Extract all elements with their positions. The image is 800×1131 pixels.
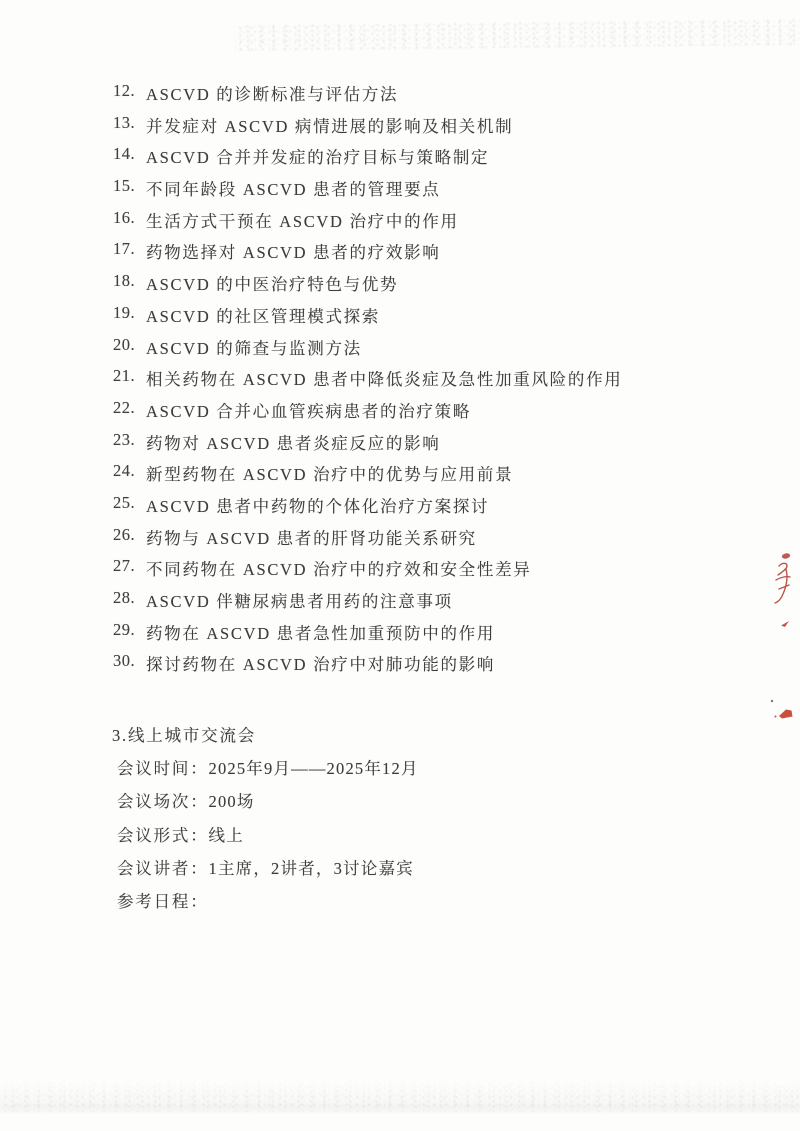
topic-number: 28. [113,588,146,608]
topic-text: ASCVD 的筛查与监测方法 [146,335,362,359]
topic-text: ASCVD 合并心血管疾病患者的治疗策略 [146,398,471,422]
meeting-detail-value: 线上 [209,826,244,845]
topic-text: 药物对 ASCVD 患者炎症反应的影响 [146,430,440,454]
meeting-detail-row: 参考日程： [112,888,419,921]
topic-number: 27. [113,556,146,576]
meeting-detail-row: 会议讲者：1主席，2讲者，3讨论嘉宾 [112,855,419,888]
list-item: 18.ASCVD 的中医治疗特色与优势 [113,271,622,303]
topic-text: 药物与 ASCVD 患者的肝肾功能关系研究 [146,525,477,549]
list-item: 20.ASCVD 的筛查与监测方法 [113,335,622,367]
online-city-exchange-section: 3.线上城市交流会 会议时间：2025年9月——2025年12月 会议场次：20… [112,722,419,921]
topic-number: 13. [113,113,146,133]
list-item: 15.不同年龄段 ASCVD 患者的管理要点 [113,176,622,208]
topic-number: 15. [113,176,146,196]
topic-text: ASCVD 的中医治疗特色与优势 [146,271,398,295]
topic-text: ASCVD 伴糖尿病患者用药的注意事项 [146,588,453,612]
topic-text: 药物在 ASCVD 患者急性加重预防中的作用 [146,620,495,644]
topic-text: 不同年龄段 ASCVD 患者的管理要点 [146,176,440,200]
meeting-detail-label: 参考日程： [117,892,209,911]
topic-list: 12.ASCVD 的诊断标准与评估方法 13.并发症对 ASCVD 病情进展的影… [113,81,622,683]
topic-number: 22. [113,398,146,418]
topic-text: ASCVD 合并并发症的治疗目标与策略制定 [146,144,489,168]
scan-noise-bottom-band [0,1080,800,1114]
meeting-detail-value: 2025年9月——2025年12月 [209,759,419,778]
meeting-detail-label: 会议形式： [117,826,209,845]
topic-text: 并发症对 ASCVD 病情进展的影响及相关机制 [146,113,513,137]
list-item: 27.不同药物在 ASCVD 治疗中的疗效和安全性差异 [113,556,622,588]
meeting-detail-row: 会议形式：线上 [112,822,419,855]
scan-noise-top-band [235,19,800,51]
meeting-detail-label: 会议场次： [117,792,209,811]
list-item: 16.生活方式干预在 ASCVD 治疗中的作用 [113,208,622,240]
topic-text: 探讨药物在 ASCVD 治疗中对肺功能的影响 [146,651,495,675]
topic-number: 18. [113,271,146,291]
topic-number: 16. [113,208,146,228]
topic-number: 29. [113,620,146,640]
topic-number: 25. [113,493,146,513]
red-ink-tick [781,621,789,627]
topic-number: 21. [113,366,146,386]
list-item: 30.探讨药物在 ASCVD 治疗中对肺功能的影响 [113,651,622,683]
topic-number: 12. [113,81,146,101]
topic-number: 30. [113,651,146,671]
topic-number: 14. [113,144,146,164]
list-item: 19.ASCVD 的社区管理模式探索 [113,303,622,335]
topic-number: 26. [113,525,146,545]
topic-text: ASCVD 的诊断标准与评估方法 [146,81,398,105]
topic-text: 不同药物在 ASCVD 治疗中的疗效和安全性差异 [146,556,531,580]
list-item: 14.ASCVD 合并并发症的治疗目标与策略制定 [113,144,622,176]
topic-number: 19. [113,303,146,323]
red-ink-scribble [775,563,790,603]
list-item: 13.并发症对 ASCVD 病情进展的影响及相关机制 [113,113,622,145]
list-item: 25.ASCVD 患者中药物的个体化治疗方案探讨 [113,493,622,525]
meeting-detail-value: 200场 [209,792,255,811]
list-item: 26.药物与 ASCVD 患者的肝肾功能关系研究 [113,525,622,557]
topic-text: ASCVD 患者中药物的个体化治疗方案探讨 [146,493,489,517]
meeting-detail-label: 会议时间： [117,759,209,778]
topic-number: 24. [113,461,146,481]
section-title: 3.线上城市交流会 [112,722,419,755]
red-ink-annotations [750,540,800,740]
purple-ink-dot [771,700,773,702]
list-item: 12.ASCVD 的诊断标准与评估方法 [113,81,622,113]
topic-text: 生活方式干预在 ASCVD 治疗中的作用 [146,208,459,232]
topic-text: 药物选择对 ASCVD 患者的疗效影响 [146,239,440,263]
list-item: 29.药物在 ASCVD 患者急性加重预防中的作用 [113,620,622,652]
list-item: 28.ASCVD 伴糖尿病患者用药的注意事项 [113,588,622,620]
list-item: 21.相关药物在 ASCVD 患者中降低炎症及急性加重风险的作用 [113,366,622,398]
red-ink-dot [781,553,790,560]
list-item: 24.新型药物在 ASCVD 治疗中的优势与应用前景 [113,461,622,493]
list-item: 22.ASCVD 合并心血管疾病患者的治疗策略 [113,398,622,430]
topic-number: 17. [113,239,146,259]
topic-number: 20. [113,335,146,355]
meeting-detail-label: 会议讲者： [117,859,209,878]
topic-number: 23. [113,430,146,450]
list-item: 17.药物选择对 ASCVD 患者的疗效影响 [113,239,622,271]
meeting-detail-row: 会议时间：2025年9月——2025年12月 [112,755,419,788]
topic-text: 新型药物在 ASCVD 治疗中的优势与应用前景 [146,461,513,485]
meeting-detail-row: 会议场次：200场 [112,788,419,821]
meeting-detail-value: 1主席，2讲者，3讨论嘉宾 [209,859,414,878]
scanned-document-page: 12.ASCVD 的诊断标准与评估方法 13.并发症对 ASCVD 病情进展的影… [0,0,800,1131]
topic-text: 相关药物在 ASCVD 患者中降低炎症及急性加重风险的作用 [146,366,622,390]
list-item: 23.药物对 ASCVD 患者炎症反应的影响 [113,430,622,462]
red-ink-blob [775,710,793,719]
topic-text: ASCVD 的社区管理模式探索 [146,303,380,327]
